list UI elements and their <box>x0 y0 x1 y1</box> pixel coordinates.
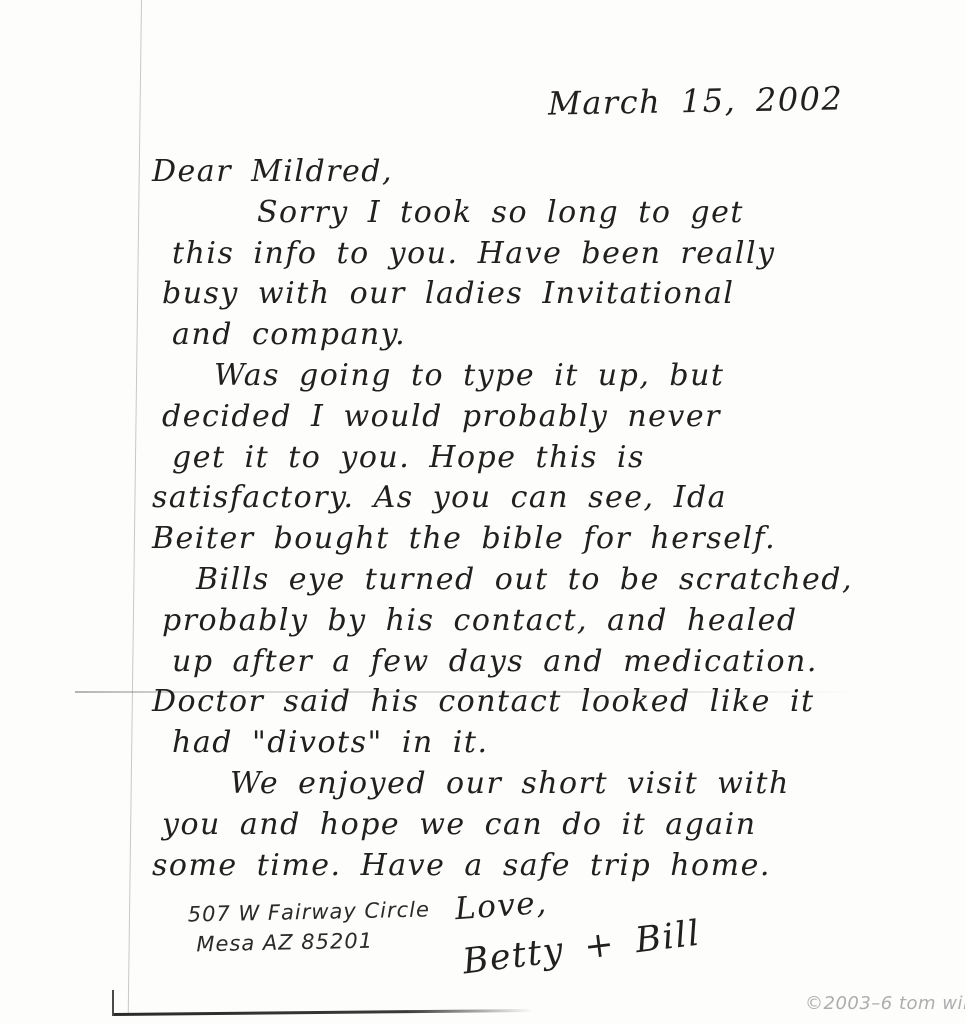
body-line: get it to you. Hope this is <box>152 438 852 479</box>
salutation: Dear Mildred, <box>152 152 852 193</box>
paper-bottom-left-corner <box>112 990 114 1016</box>
body-line: We enjoyed our short visit with <box>152 764 852 805</box>
letter-body: Dear Mildred, Sorry I took so long to ge… <box>152 152 852 886</box>
body-line: this info to you. Have been really <box>152 234 852 275</box>
body-line: up after a few days and medication. <box>152 642 852 683</box>
body-line: had "divots" in it. <box>152 723 852 764</box>
body-line: probably by his contact, and healed <box>152 601 852 642</box>
return-address: 507 W Fairway Circle Mesa AZ 85201 <box>187 897 430 956</box>
return-address-street: 507 W Fairway Circle <box>187 897 430 926</box>
body-line: some time. Have a safe trip home. <box>152 846 852 887</box>
paper-left-edge <box>128 0 142 1016</box>
body-line: you and hope we can do it again <box>152 805 852 846</box>
body-line: Sorry I took so long to get <box>152 193 852 234</box>
letter-date: March 15, 2002 <box>548 79 844 122</box>
body-line: busy with our ladies Invitational <box>152 274 852 315</box>
body-line: Beiter bought the bible for herself. <box>152 519 852 560</box>
copyright-watermark: ©2003–6 tom wible <box>805 993 965 1014</box>
paper-bottom-edge <box>113 1009 533 1016</box>
body-line: satisfactory. As you can see, Ida <box>152 478 852 519</box>
closing: Love, <box>454 885 549 927</box>
body-line: and company. <box>152 315 852 356</box>
body-line: Bills eye turned out to be scratched, <box>152 560 852 601</box>
body-line: Doctor said his contact looked like it <box>152 682 852 723</box>
body-line: Was going to type it up, but <box>152 356 852 397</box>
return-address-city: Mesa AZ 85201 <box>188 927 431 956</box>
scanned-letter-page: March 15, 2002 Dear Mildred, Sorry I too… <box>0 0 965 1024</box>
body-line: decided I would probably never <box>152 397 852 438</box>
